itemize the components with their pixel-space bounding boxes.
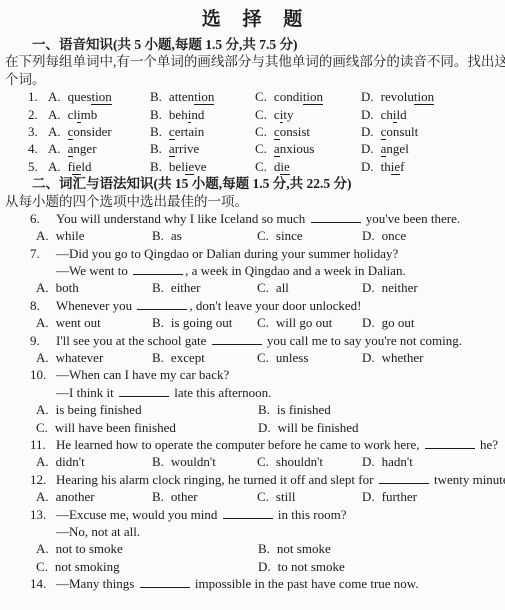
question-number: 10. xyxy=(30,366,54,383)
option-text: unless xyxy=(276,350,309,365)
phonetic-option: D.angel xyxy=(361,140,409,157)
answer-option: C.shouldn't xyxy=(257,453,323,470)
answer-blank xyxy=(311,211,361,223)
phonetic-option: D.revolution xyxy=(361,88,434,105)
option-label: A. xyxy=(48,107,61,122)
exam-page: 选 择 题 一、语音知识(共 5 小题,每题 1.5 分,共 7.5 分) 在下… xyxy=(0,7,505,610)
question-options-row: A.went outB.is going outC.will go outD.g… xyxy=(0,314,505,331)
option-label: C. xyxy=(255,124,267,139)
phonetic-word: consist xyxy=(274,124,310,140)
answer-option: A.while xyxy=(36,227,85,244)
option-label: A. xyxy=(48,141,61,156)
option-label: A. xyxy=(36,315,49,330)
answer-blank xyxy=(379,472,429,484)
answer-option: D.will be finished xyxy=(258,419,359,436)
option-label: D. xyxy=(362,280,375,295)
phonetic-word: anger xyxy=(68,141,97,157)
answer-option: D.to not smoke xyxy=(258,558,345,575)
stem-text: Whenever you , don't leave your door unl… xyxy=(56,297,361,314)
answer-blank xyxy=(140,576,190,588)
option-text: other xyxy=(171,489,198,504)
answer-option: A.whatever xyxy=(36,349,103,366)
option-label: B. xyxy=(150,124,162,139)
phonetic-word: field xyxy=(68,159,92,175)
answer-option: C.will have been finished xyxy=(36,419,176,436)
underlined-letters: tion xyxy=(303,89,323,105)
phonetic-word: thief xyxy=(381,159,405,175)
section1-intro-line1: 在下列每组单词中,有一个单词的画线部分与其他单词的画线部分的读音不同。找出这 xyxy=(0,53,505,70)
phonetic-option: C.anxious xyxy=(255,140,314,157)
option-label: B. xyxy=(150,141,162,156)
question-options-row: C.not smokingD.to not smoke xyxy=(0,558,505,575)
option-label: D. xyxy=(361,124,374,139)
stem-text: I'll see you at the school gate you call… xyxy=(56,332,462,349)
phonetic-word: die xyxy=(274,159,290,175)
option-label: D. xyxy=(258,559,271,574)
answer-option: C.all xyxy=(257,279,289,296)
answer-option: A.not to smoke xyxy=(36,540,123,557)
answer-blank xyxy=(133,263,183,275)
underlined-letters: a xyxy=(68,141,74,157)
option-text: went out xyxy=(56,315,101,330)
answer-option: B.wouldn't xyxy=(152,453,216,470)
option-text: further xyxy=(382,489,417,504)
phonetic-option: C.consist xyxy=(255,123,310,140)
answer-option: A.went out xyxy=(36,314,101,331)
answer-blank xyxy=(212,333,262,345)
underlined-letters: a xyxy=(381,141,387,157)
phonetic-option: A.question xyxy=(48,88,112,105)
stem-text: —We went to , a week in Qingdao and a we… xyxy=(56,262,406,279)
question-options-row: A.bothB.eitherC.allD.neither xyxy=(0,279,505,296)
underlined-letters: a xyxy=(169,141,175,157)
phonetic-word: consider xyxy=(68,124,112,140)
option-label: C. xyxy=(255,159,267,174)
option-label: A. xyxy=(36,541,49,556)
option-label: A. xyxy=(48,124,61,139)
phonetics-question-list: 1.A.questionB.attentionC.conditionD.revo… xyxy=(0,88,505,175)
option-text: whatever xyxy=(56,350,104,365)
answer-option: D.go out xyxy=(362,314,415,331)
option-label: D. xyxy=(362,315,375,330)
stem-text: —No, not at all. xyxy=(56,523,140,540)
answer-option: D.once xyxy=(362,227,406,244)
option-label: B. xyxy=(258,402,270,417)
option-label: A. xyxy=(36,489,49,504)
phonetic-word: attention xyxy=(169,89,215,105)
option-label: B. xyxy=(152,350,164,365)
option-label: A. xyxy=(36,280,49,295)
phonetic-item-row: 2.A.climbB.behindC.cityD.child xyxy=(0,106,505,123)
underlined-letters: a xyxy=(274,141,280,157)
answer-option: D.whether xyxy=(362,349,424,366)
question-stem-line: 12.Hearing his alarm clock ringing, he t… xyxy=(0,471,505,488)
underlined-letters: ie xyxy=(72,159,81,175)
option-label: A. xyxy=(48,89,61,104)
option-text: didn't xyxy=(56,454,85,469)
option-text: is being finished xyxy=(56,402,142,417)
phonetic-item-row: 5.A.fieldB.believeC.dieD.thief xyxy=(0,158,505,175)
question-stem-line: —We went to , a week in Qingdao and a we… xyxy=(0,262,505,279)
option-text: will be finished xyxy=(278,420,359,435)
underlined-letters: c xyxy=(68,124,74,140)
answer-option: C.unless xyxy=(257,349,308,366)
phonetic-option: D.thief xyxy=(361,158,405,175)
answer-option: D.hadn't xyxy=(362,453,413,470)
stem-text: Hearing his alarm clock ringing, he turn… xyxy=(56,471,505,488)
phonetic-word: behind xyxy=(169,107,204,123)
option-label: A. xyxy=(36,454,49,469)
question-number: 11. xyxy=(30,436,54,453)
answer-blank xyxy=(137,298,187,310)
question-stem-line: —I think it late this afternoon. xyxy=(0,384,505,401)
answer-option: C.still xyxy=(257,488,295,505)
option-label: C. xyxy=(257,228,269,243)
option-label: A. xyxy=(36,402,49,417)
answer-option: B.not smoke xyxy=(258,540,331,557)
question-options-row: A.whileB.asC.sinceD.once xyxy=(0,227,505,244)
option-label: B. xyxy=(150,107,162,122)
answer-option: A.didn't xyxy=(36,453,85,470)
page-title: 选 择 题 xyxy=(0,7,505,33)
option-text: either xyxy=(171,280,201,295)
option-label: B. xyxy=(152,228,164,243)
question-stem-line: 6.You will understand why I like Iceland… xyxy=(0,210,505,227)
section2-header: 二、词汇与语法知识(共 15 小题,每题 1.5 分,共 22.5 分) xyxy=(0,175,505,192)
option-label: C. xyxy=(257,489,269,504)
phonetic-item-row: 4.A.angerB.arriveC.anxiousD.angel xyxy=(0,140,505,157)
underlined-letters: tion xyxy=(91,89,111,105)
phonetic-word: consult xyxy=(381,124,419,140)
option-label: D. xyxy=(362,489,375,504)
phonetic-option: C.condition xyxy=(255,88,323,105)
phonetic-option: A.anger xyxy=(48,140,97,157)
phonetic-option: B.attention xyxy=(150,88,214,105)
question-options-row: A.is being finishedB.is finished xyxy=(0,401,505,418)
phonetic-option: A.consider xyxy=(48,123,112,140)
underlined-letters: c xyxy=(274,124,280,140)
option-label: B. xyxy=(152,454,164,469)
question-stem-line: —No, not at all. xyxy=(0,523,505,540)
phonetic-word: revolution xyxy=(381,89,434,105)
option-label: B. xyxy=(150,89,162,104)
phonetic-option: B.behind xyxy=(150,106,204,123)
stem-text: —Many things impossible in the past have… xyxy=(56,575,419,592)
phonetic-option: A.climb xyxy=(48,106,97,123)
answer-option: A.both xyxy=(36,279,79,296)
question-number: 14. xyxy=(30,575,54,592)
option-text: is finished xyxy=(277,402,331,417)
option-label: D. xyxy=(362,350,375,365)
phonetic-option: D.consult xyxy=(361,123,418,140)
option-label: D. xyxy=(361,159,374,174)
option-label: D. xyxy=(361,89,374,104)
option-label: C. xyxy=(255,141,267,156)
phonetic-option: C.city xyxy=(255,106,293,123)
option-text: whether xyxy=(382,350,424,365)
question-stem-line: 14.—Many things impossible in the past h… xyxy=(0,575,505,592)
answer-option: B.except xyxy=(152,349,205,366)
answer-option: D.neither xyxy=(362,279,418,296)
underlined-letters: ie xyxy=(280,159,289,175)
answer-option: A.another xyxy=(36,488,95,505)
answer-blank xyxy=(119,385,169,397)
answer-option: D.further xyxy=(362,488,417,505)
question-stem-line: 10.—When can I have my car back? xyxy=(0,366,505,383)
option-label: C. xyxy=(257,454,269,469)
option-text: since xyxy=(276,228,303,243)
stem-text: —Did you go to Qingdao or Dalian during … xyxy=(56,245,398,262)
option-label: B. xyxy=(152,280,164,295)
option-label: B. xyxy=(152,489,164,504)
option-text: still xyxy=(276,489,296,504)
answer-option: B.other xyxy=(152,488,198,505)
option-label: D. xyxy=(361,107,374,122)
phonetic-word: believe xyxy=(169,159,207,175)
answer-option: A.is being finished xyxy=(36,401,142,418)
underlined-letters: i xyxy=(280,107,284,123)
option-label: C. xyxy=(36,420,48,435)
option-text: is going out xyxy=(171,315,232,330)
section1-intro-line2: 个词。 xyxy=(0,71,505,88)
option-text: all xyxy=(276,280,289,295)
option-text: neither xyxy=(382,280,418,295)
answer-option: B.is going out xyxy=(152,314,232,331)
answer-blank xyxy=(223,507,273,519)
answer-blank xyxy=(425,437,475,449)
phonetic-word: certain xyxy=(169,124,204,140)
option-label: C. xyxy=(255,107,267,122)
option-text: will go out xyxy=(276,315,332,330)
answer-option: B.is finished xyxy=(258,401,331,418)
phonetic-word: angel xyxy=(381,141,409,157)
underlined-letters: tion xyxy=(414,89,434,105)
underlined-letters: c xyxy=(169,124,175,140)
phonetic-option: B.certain xyxy=(150,123,204,140)
option-label: B. xyxy=(152,315,164,330)
stem-text: You will understand why I like Iceland s… xyxy=(56,210,460,227)
option-text: shouldn't xyxy=(276,454,323,469)
option-label: C. xyxy=(257,280,269,295)
underlined-letters: tion xyxy=(194,89,214,105)
question-options-row: A.not to smokeB.not smoke xyxy=(0,540,505,557)
phonetic-word: question xyxy=(68,89,112,105)
answer-option: B.as xyxy=(152,227,182,244)
question-stem-line: 9.I'll see you at the school gate you ca… xyxy=(0,332,505,349)
underlined-letters: ie xyxy=(185,159,194,175)
option-text: not to smoke xyxy=(56,541,123,556)
section1-header: 一、语音知识(共 5 小题,每题 1.5 分,共 7.5 分) xyxy=(0,36,505,53)
option-text: once xyxy=(382,228,407,243)
question-number: 6. xyxy=(30,210,54,227)
underlined-letters: i xyxy=(77,107,81,123)
option-text: not smoke xyxy=(277,541,331,556)
phonetic-option: B.arrive xyxy=(150,140,199,157)
phonetic-word: city xyxy=(274,107,294,123)
option-label: C. xyxy=(257,350,269,365)
option-text: both xyxy=(56,280,79,295)
question-options-row: C.will have been finishedD.will be finis… xyxy=(0,419,505,436)
phonetic-item-row: 3.A.considerB.certainC.consistD.consult xyxy=(0,123,505,140)
stem-text: He learned how to operate the computer b… xyxy=(56,436,498,453)
option-label: C. xyxy=(36,559,48,574)
question-stem-line: 8.Whenever you , don't leave your door u… xyxy=(0,297,505,314)
vocab-grammar-question-list: 6.You will understand why I like Iceland… xyxy=(0,210,505,593)
question-number: 13. xyxy=(30,506,54,523)
option-text: hadn't xyxy=(382,454,413,469)
option-label: D. xyxy=(362,454,375,469)
option-text: will have been finished xyxy=(55,420,176,435)
underlined-letters: c xyxy=(381,124,387,140)
underlined-letters: ie xyxy=(391,159,400,175)
option-label: D. xyxy=(361,141,374,156)
phonetic-option: D.child xyxy=(361,106,407,123)
question-number: 7. xyxy=(30,245,54,262)
phonetic-word: condition xyxy=(274,89,323,105)
option-label: D. xyxy=(362,228,375,243)
stem-text: —When can I have my car back? xyxy=(56,366,229,383)
answer-option: C.not smoking xyxy=(36,558,120,575)
phonetic-word: child xyxy=(381,107,407,123)
option-text: except xyxy=(171,350,205,365)
question-stem-line: 11.He learned how to operate the compute… xyxy=(0,436,505,453)
question-number: 12. xyxy=(30,471,54,488)
option-label: C. xyxy=(257,315,269,330)
option-text: another xyxy=(56,489,95,504)
underlined-letters: i xyxy=(393,107,397,123)
question-options-row: A.anotherB.otherC.stillD.further xyxy=(0,488,505,505)
option-text: while xyxy=(56,228,85,243)
question-number: 9. xyxy=(30,332,54,349)
option-label: D. xyxy=(258,420,271,435)
option-label: A. xyxy=(48,159,61,174)
stem-text: —I think it late this afternoon. xyxy=(56,384,271,401)
option-text: wouldn't xyxy=(171,454,216,469)
section2-intro: 从每小题的四个选项中选出最佳的一项。 xyxy=(0,193,505,210)
phonetic-word: climb xyxy=(68,107,98,123)
phonetic-word: arrive xyxy=(169,141,199,157)
option-label: C. xyxy=(255,89,267,104)
question-options-row: A.whateverB.exceptC.unlessD.whether xyxy=(0,349,505,366)
question-stem-line: 13.—Excuse me, would you mind in this ro… xyxy=(0,506,505,523)
option-label: B. xyxy=(150,159,162,174)
phonetic-option: A.field xyxy=(48,158,92,175)
phonetic-word: anxious xyxy=(274,141,314,157)
option-text: as xyxy=(171,228,182,243)
option-text: not smoking xyxy=(55,559,120,574)
question-options-row: A.didn'tB.wouldn'tC.shouldn'tD.hadn't xyxy=(0,453,505,470)
answer-option: B.either xyxy=(152,279,201,296)
phonetic-item-row: 1.A.questionB.attentionC.conditionD.revo… xyxy=(0,88,505,105)
question-number: 8. xyxy=(30,297,54,314)
option-label: B. xyxy=(258,541,270,556)
underlined-letters: i xyxy=(188,107,192,123)
phonetic-option: C.die xyxy=(255,158,290,175)
question-stem-line: 7.—Did you go to Qingdao or Dalian durin… xyxy=(0,245,505,262)
option-text: to not smoke xyxy=(278,559,345,574)
option-label: A. xyxy=(36,228,49,243)
answer-option: C.since xyxy=(257,227,303,244)
option-text: go out xyxy=(382,315,415,330)
option-label: A. xyxy=(36,350,49,365)
phonetic-option: B.believe xyxy=(150,158,206,175)
stem-text: —Excuse me, would you mind in this room? xyxy=(56,506,347,523)
answer-option: C.will go out xyxy=(257,314,332,331)
